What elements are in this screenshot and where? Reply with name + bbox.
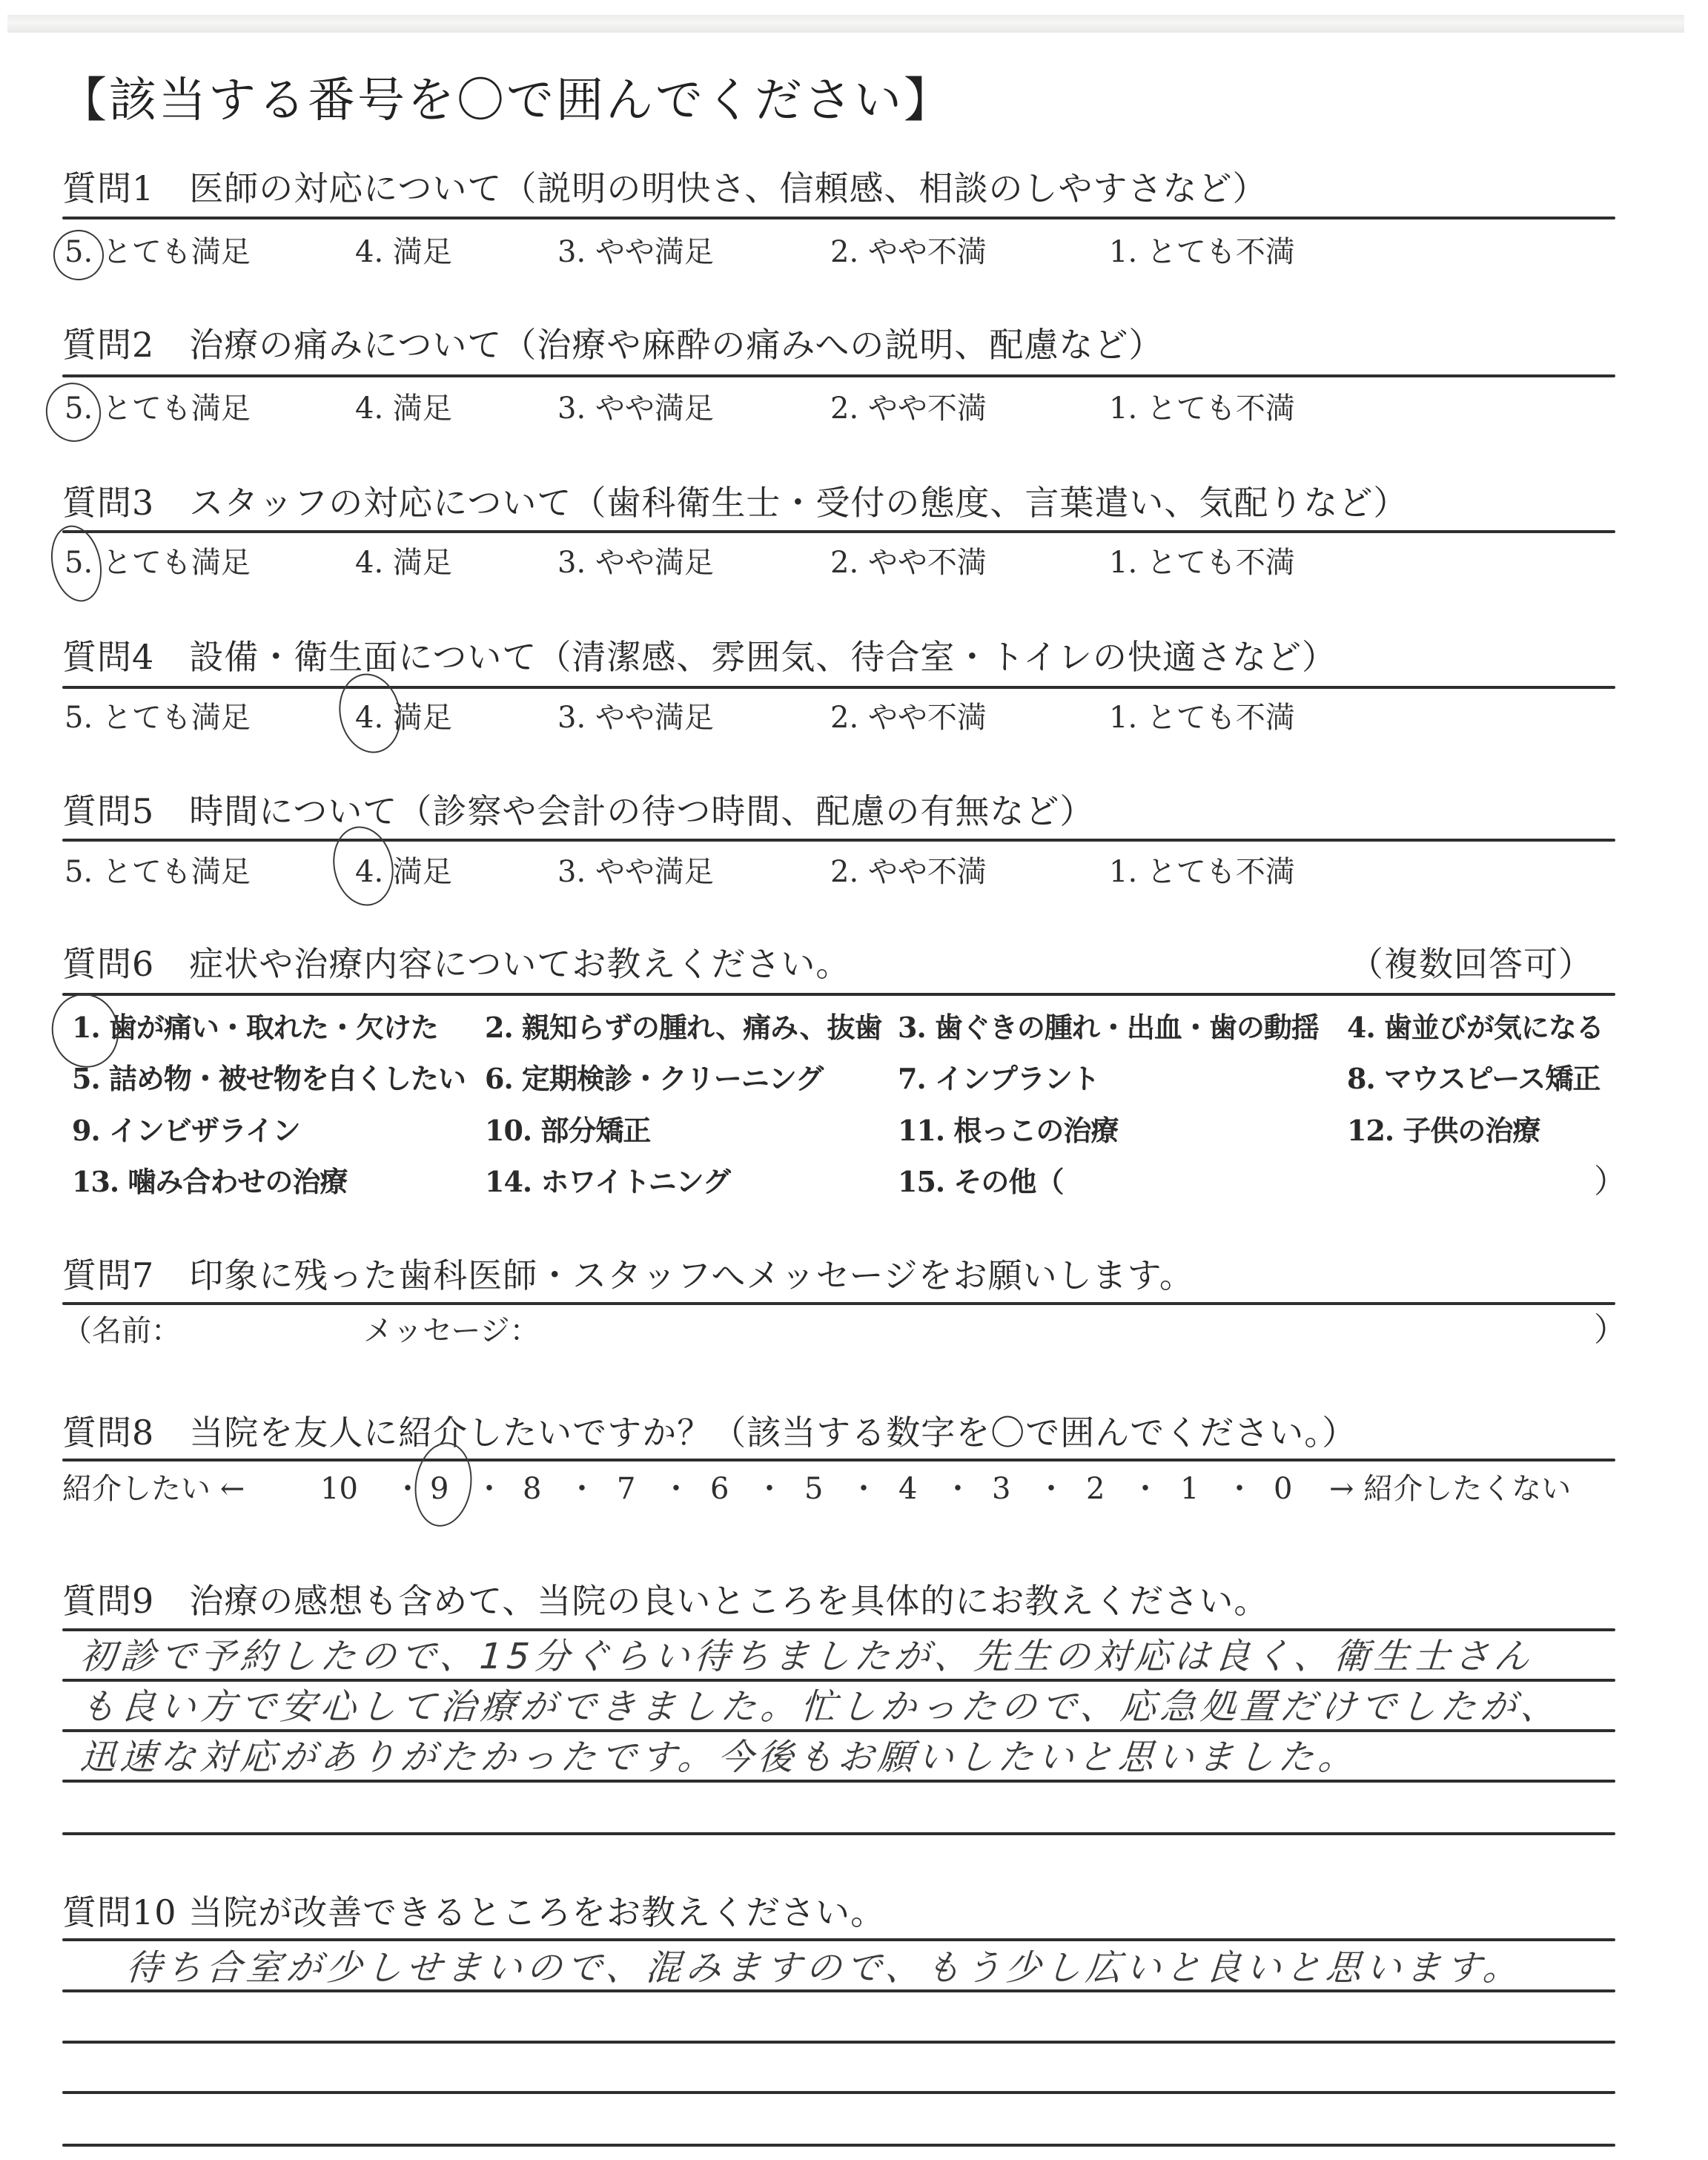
q6-option-3[interactable]: 3. 歯ぐきの腫れ・出血・歯の動揺 <box>898 1011 1319 1045</box>
q2-option-2[interactable]: 2. やや不満 <box>830 391 987 426</box>
q8-scale-1[interactable]: 1 <box>1180 1471 1199 1507</box>
q6-option-15-other[interactable]: 15. その他（ <box>898 1165 1063 1199</box>
q5-option-3[interactable]: 3. やや満足 <box>557 854 714 890</box>
q1-option-3[interactable]: 3. やや満足 <box>557 234 714 270</box>
q3-option-3[interactable]: 3. やや満足 <box>557 545 714 581</box>
q8-sep: ・ <box>943 1471 973 1507</box>
selection-circle-q5 <box>326 821 401 911</box>
question-1-rule <box>62 217 1615 219</box>
q8-sep: ・ <box>1036 1471 1066 1507</box>
question-3-title: 質問3 スタッフの対応について（歯科衛生士・受付の態度、言葉遣い、気配りなど） <box>62 482 1408 524</box>
question-9-rule-5 <box>62 1832 1615 1835</box>
q8-right-label: → 紹介したくない <box>1329 1471 1571 1507</box>
q4-option-5[interactable]: 5. とても満足 <box>64 700 251 736</box>
q2-option-1[interactable]: 1. とても不満 <box>1109 391 1295 426</box>
question-10-rule-2 <box>62 1989 1615 1992</box>
q3-option-4[interactable]: 4. 満足 <box>355 545 452 581</box>
question-9-rule-1 <box>62 1628 1615 1631</box>
q8-scale-8[interactable]: 8 <box>523 1471 541 1507</box>
q6-option-13[interactable]: 13. 噛み合わせの治療 <box>72 1165 347 1199</box>
selection-circle-q2 <box>40 377 106 447</box>
q6-option-14[interactable]: 14. ホワイトニング <box>485 1165 730 1199</box>
q6-option-8[interactable]: 8. マウスピース矯正 <box>1347 1062 1600 1096</box>
q9-answer-line-3[interactable]: 迅速な対応がありがたかったです。今後もお願いしたいと思いました。 <box>79 1737 1360 1778</box>
q1-option-1[interactable]: 1. とても不満 <box>1109 234 1295 270</box>
q5-option-1[interactable]: 1. とても不満 <box>1109 854 1295 890</box>
q8-sep: ・ <box>1225 1471 1254 1507</box>
q6-option-2[interactable]: 2. 親知らずの腫れ、痛み、抜歯 <box>485 1011 881 1045</box>
q7-name-label: （名前： <box>62 1313 181 1349</box>
q6-option-10[interactable]: 10. 部分矯正 <box>485 1114 650 1148</box>
q3-option-1[interactable]: 1. とても不満 <box>1109 545 1295 581</box>
q8-scale-6[interactable]: 6 <box>710 1471 729 1507</box>
question-4-title: 質問4 設備・衛生面について（清潔感、雰囲気、待合室・トイレの快適さなど） <box>62 636 1337 678</box>
q9-answer-line-1[interactable]: 初診で予約したので、15分ぐらい待ちましたが、先生の対応は良く、衛生士さん <box>79 1636 1535 1677</box>
q6-option-9[interactable]: 9. インビザライン <box>72 1114 300 1148</box>
q2-option-4[interactable]: 4. 満足 <box>355 391 452 426</box>
q8-scale-10[interactable]: 10 <box>320 1471 358 1507</box>
question-2-rule <box>62 374 1615 377</box>
q8-scale-2[interactable]: 2 <box>1086 1471 1105 1507</box>
q8-scale-7[interactable]: 7 <box>617 1471 635 1507</box>
q2-option-3[interactable]: 3. やや満足 <box>557 391 714 426</box>
form-instruction-header: 【該当する番号を〇で囲んでください】 <box>59 71 953 131</box>
q6-option-6[interactable]: 6. 定期検診・クリーニング <box>485 1062 823 1096</box>
question-10-rule-5 <box>62 2144 1615 2147</box>
q8-scale-3[interactable]: 3 <box>992 1471 1010 1507</box>
question-9-rule-3 <box>62 1729 1615 1732</box>
q6-option-11[interactable]: 11. 根っこの治療 <box>898 1114 1118 1148</box>
q8-sep: ・ <box>849 1471 878 1507</box>
question-8-rule <box>62 1459 1615 1462</box>
q4-option-2[interactable]: 2. やや不満 <box>830 700 987 736</box>
q6-option-7[interactable]: 7. インプラント <box>898 1062 1099 1096</box>
scan-top-edge <box>7 15 1684 33</box>
q4-option-1[interactable]: 1. とても不満 <box>1109 700 1295 736</box>
question-4-rule <box>62 686 1615 689</box>
q6-option-12[interactable]: 12. 子供の治療 <box>1347 1114 1540 1148</box>
q8-scale-5[interactable]: 5 <box>804 1471 823 1507</box>
q7-message-label: メッセージ： <box>363 1313 540 1349</box>
q8-sep: ・ <box>755 1471 784 1507</box>
q9-answer-line-2[interactable]: も良い方で安心して治療ができました。忙しかったので、応急処置だけでしたが、 <box>79 1686 1562 1728</box>
question-9-rule-2 <box>62 1679 1615 1682</box>
question-6-title: 質問6 症状や治療内容についてお教えください。 <box>62 943 850 985</box>
q8-left-label: 紹介したい ← <box>62 1471 245 1507</box>
question-6-multiple-note: （複数回答可） <box>1349 943 1593 985</box>
q4-option-3[interactable]: 3. やや満足 <box>557 700 714 736</box>
q6-option-5[interactable]: 5. 詰め物・被せ物を白くしたい <box>72 1062 466 1096</box>
question-1-title: 質問1 医師の対応について（説明の明快さ、信頼感、相談のしやすさなど） <box>62 168 1268 209</box>
q5-option-5[interactable]: 5. とても満足 <box>64 854 251 890</box>
question-10-rule-4 <box>62 2091 1615 2094</box>
q8-sep: ・ <box>661 1471 691 1507</box>
q6-option-4[interactable]: 4. 歯並びが気になる <box>1347 1011 1603 1045</box>
question-10-title: 質問10 当院が改善できるところをお教えください。 <box>62 1892 885 1933</box>
question-5-title: 質問5 時間について（診察や会計の待つ時間、配慮の有無など） <box>62 790 1094 832</box>
question-5-rule <box>62 839 1615 842</box>
q3-option-2[interactable]: 2. やや不満 <box>830 545 987 581</box>
q8-sep: ・ <box>1131 1471 1160 1507</box>
q1-option-2[interactable]: 2. やや不満 <box>830 234 987 270</box>
q7-close-paren: ） <box>1594 1312 1626 1348</box>
question-2-title: 質問2 治療の痛みについて（治療や麻酔の痛みへの説明、配慮など） <box>62 324 1163 366</box>
q6-other-close-paren: ） <box>1594 1164 1626 1200</box>
question-7-title: 質問7 印象に残った歯科医師・スタッフへメッセージをお願いします。 <box>62 1255 1194 1296</box>
q1-option-4[interactable]: 4. 満足 <box>355 234 452 270</box>
q6-option-1[interactable]: 1. 歯が痛い・取れた・欠けた <box>72 1011 438 1045</box>
q8-scale-0[interactable]: 0 <box>1274 1471 1292 1507</box>
selection-circle-q6 <box>45 988 126 1074</box>
question-8-title: 質問8 当院を友人に紹介したいですか？（該当する数字を〇で囲んでください。） <box>62 1412 1357 1453</box>
question-9-rule-4 <box>62 1780 1615 1783</box>
selection-circle-q3 <box>44 521 108 606</box>
question-7-rule <box>62 1302 1615 1305</box>
q10-answer-line-1[interactable]: 待ち合室が少しせまいので、混みますので、もう少し広いと良いと思います。 <box>125 1947 1524 1989</box>
question-10-rule-1 <box>62 1938 1615 1941</box>
question-9-title: 質問9 治療の感想も含めて、当院の良いところを具体的にお教えください。 <box>62 1580 1268 1622</box>
question-3-rule <box>62 530 1615 533</box>
q8-sep: ・ <box>474 1471 504 1507</box>
question-6-rule <box>62 993 1615 996</box>
q8-scale-4[interactable]: 4 <box>898 1471 917 1507</box>
q5-option-2[interactable]: 2. やや不満 <box>830 854 987 890</box>
selection-circle-q4 <box>332 668 408 759</box>
question-10-rule-3 <box>62 2041 1615 2044</box>
q8-sep: ・ <box>567 1471 597 1507</box>
